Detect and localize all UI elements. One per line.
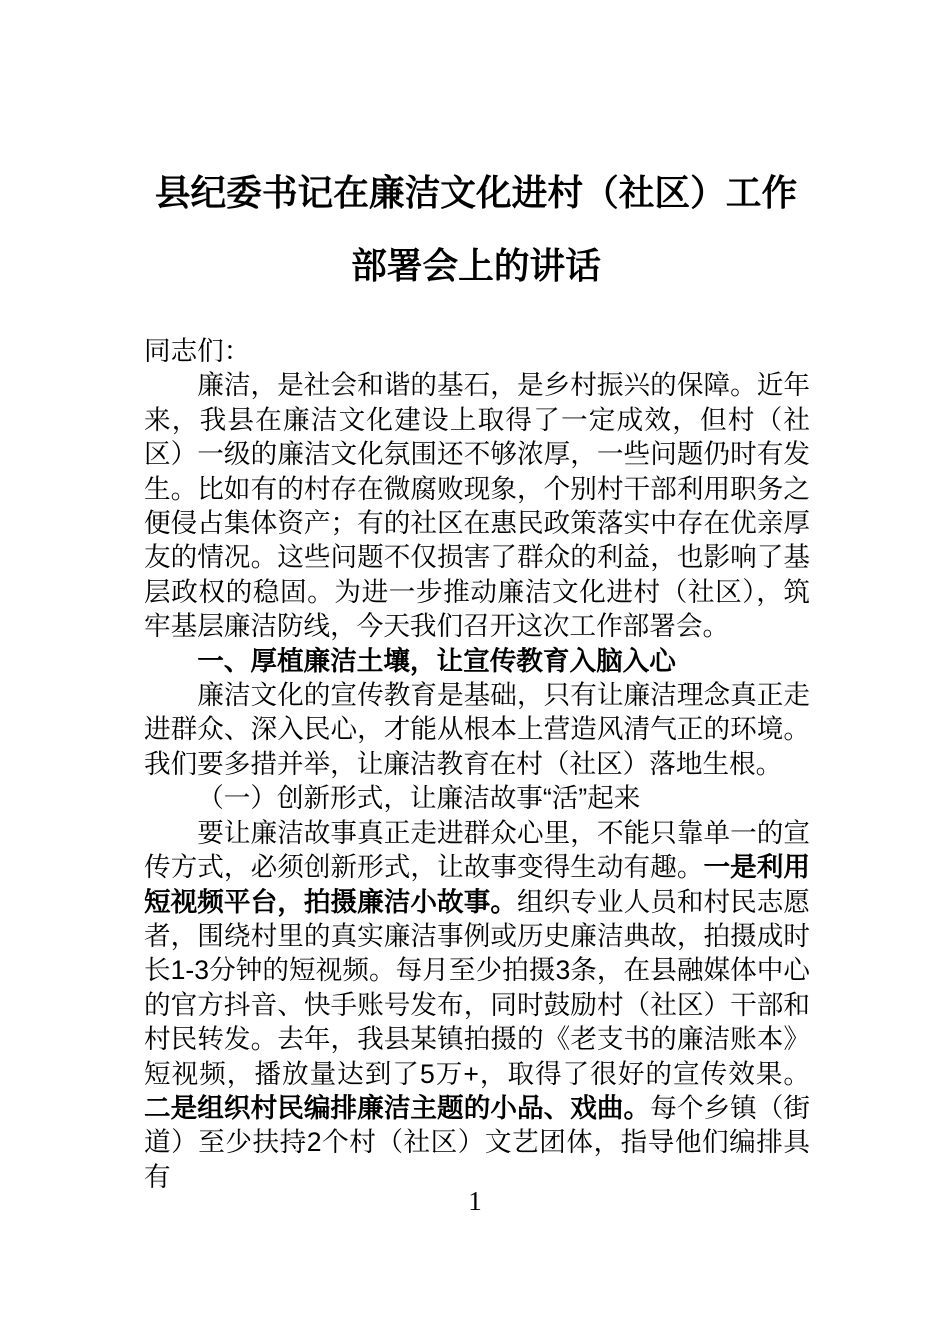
title-line-1: 县纪委书记在廉洁文化进村（社区）工作: [144, 157, 808, 230]
document-title: 县纪委书记在廉洁文化进村（社区）工作 部署会上的讲话: [144, 157, 808, 302]
page-number: 1: [0, 1186, 950, 1216]
paragraph-salutation: 同志们：: [144, 334, 810, 368]
document-body: 同志们：廉洁，是社会和谐的基石，是乡村振兴的保障。近年来，我县在廉洁文化建设上取…: [144, 334, 810, 1194]
paragraph-body: 廉洁，是社会和谐的基石，是乡村振兴的保障。近年来，我县在廉洁文化建设上取得了一定…: [144, 368, 810, 643]
text-run: 廉洁文化的宣传教育是基础，只有让廉洁理念真正走进群众、深入民心，才能从根本上营造…: [144, 680, 810, 779]
paragraph-heading: 一、厚植廉洁土壤，让宣传教育入脑入心: [144, 644, 810, 678]
bold-text-run: 一、厚植廉洁土壤，让宣传教育入脑入心: [197, 646, 676, 676]
paragraph-body: 廉洁文化的宣传教育是基础，只有让廉洁理念真正走进群众、深入民心，才能从根本上营造…: [144, 678, 810, 781]
title-line-2: 部署会上的讲话: [144, 230, 808, 303]
bold-text-run: 二是组织村民编排廉洁主题的小品、戏曲。: [144, 1093, 650, 1123]
text-run: 同志们：: [144, 336, 250, 366]
text-run: （一）创新形式，让廉洁故事“活”起来: [197, 783, 640, 813]
document-page: 县纪委书记在廉洁文化进村（社区）工作 部署会上的讲话 同志们：廉洁，是社会和谐的…: [0, 0, 950, 1344]
text-run: 廉洁，是社会和谐的基石，是乡村振兴的保障。近年来，我县在廉洁文化建设上取得了一定…: [144, 370, 810, 641]
paragraph-body: 要让廉洁故事真正走进群众心里，不能只靠单一的宣传方式，必须创新形式，让故事变得生…: [144, 816, 810, 1194]
paragraph-subheading: （一）创新形式，让廉洁故事“活”起来: [144, 781, 810, 815]
